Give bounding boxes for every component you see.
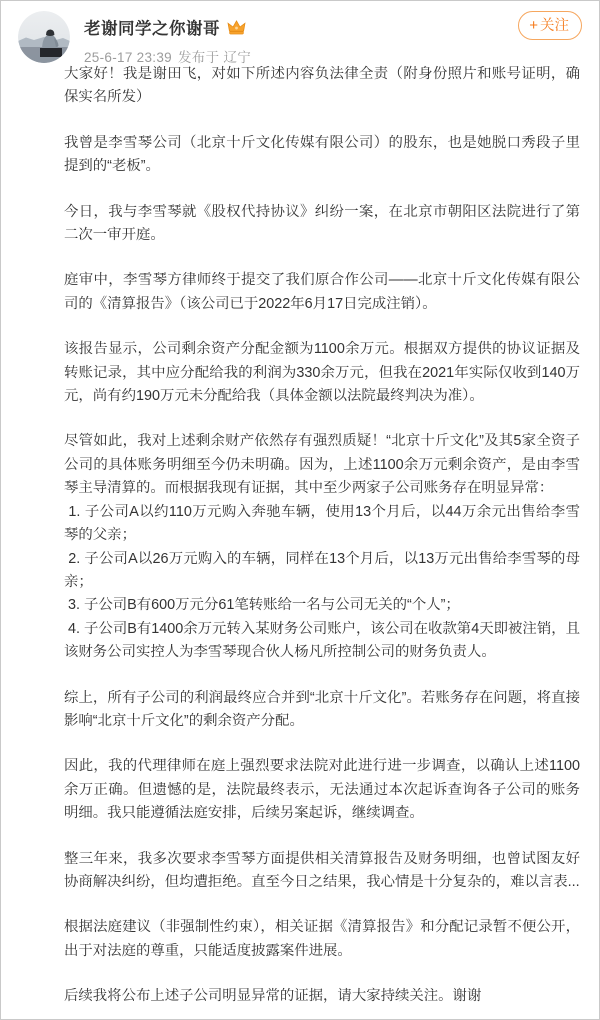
post-paragraph: 综上，所有子公司的利润最终应合并到“北京十斤文化”。若账务存在问题，将直接影响“… xyxy=(64,687,580,734)
weibo-post-page: 老谢同学之你谢哥 25-6-17 23:39发布于 辽宁 +关注 大家好！我是谢… xyxy=(0,0,600,1020)
post-paragraph: 今日，我与李雪琴就《股权代持协议》纠纷一案，在北京市朝阳区法院进行了第二次一审开… xyxy=(64,201,580,248)
post-paragraph: 后续我将公布上述子公司明显异常的证据，请大家持续关注。谢谢 xyxy=(64,985,580,1008)
post-paragraph: 因此，我的代理律师在庭上强烈要求法院对此进行进一步调查，以确认上述1100余万正… xyxy=(64,755,580,825)
follow-button[interactable]: +关注 xyxy=(518,11,582,40)
post-paragraph-with-list: 尽管如此，我对上述剩余财产依然存有强烈质疑！“北京十斤文化”及其5家全资子公司的… xyxy=(64,430,580,664)
post-paragraph: 该报告显示，公司剩余资产分配金额为1100余万元。根据双方提供的协议证据及转账记… xyxy=(64,338,580,408)
user-avatar[interactable] xyxy=(18,11,70,63)
post-paragraph: 大家好！我是谢田飞，对如下所述内容负法律全责（附身份照片和账号证明，确保实名所发… xyxy=(64,63,580,110)
post-meta: 25-6-17 23:39发布于 辽宁 xyxy=(84,46,251,66)
post-paragraph: 我曾是李雪琴公司（北京十斤文化传媒有限公司）的股东，也是她脱口秀段子里提到的“老… xyxy=(64,132,580,179)
post-body: 大家好！我是谢田飞，对如下所述内容负法律全责（附身份照片和账号证明，确保实名所发… xyxy=(1,63,599,1009)
vip-crown-icon xyxy=(227,19,246,35)
avatar-photo xyxy=(18,11,70,63)
username[interactable]: 老谢同学之你谢哥 xyxy=(84,15,220,39)
plus-icon: + xyxy=(529,13,538,39)
post-header: 老谢同学之你谢哥 25-6-17 23:39发布于 辽宁 +关注 xyxy=(1,1,599,63)
post-paragraph: 根据法庭建议（非强制性约束），相关证据《清算报告》和分配记录暂不便公开，出于对法… xyxy=(64,916,580,963)
post-paragraph: 庭审中，李雪琴方律师终于提交了我们原合作公司——北京十斤文化传媒有限公司的《清算… xyxy=(64,269,580,316)
post-timestamp: 25-6-17 23:39 xyxy=(84,50,172,65)
follow-button-label: 关注 xyxy=(540,13,569,39)
post-paragraph: 整三年来，我多次要求李雪琴方面提供相关清算报告及财务明细，也曾试图友好协商解决纠… xyxy=(64,848,580,895)
user-info: 老谢同学之你谢哥 25-6-17 23:39发布于 辽宁 xyxy=(84,11,251,66)
post-source-location: 发布于 辽宁 xyxy=(178,50,251,65)
